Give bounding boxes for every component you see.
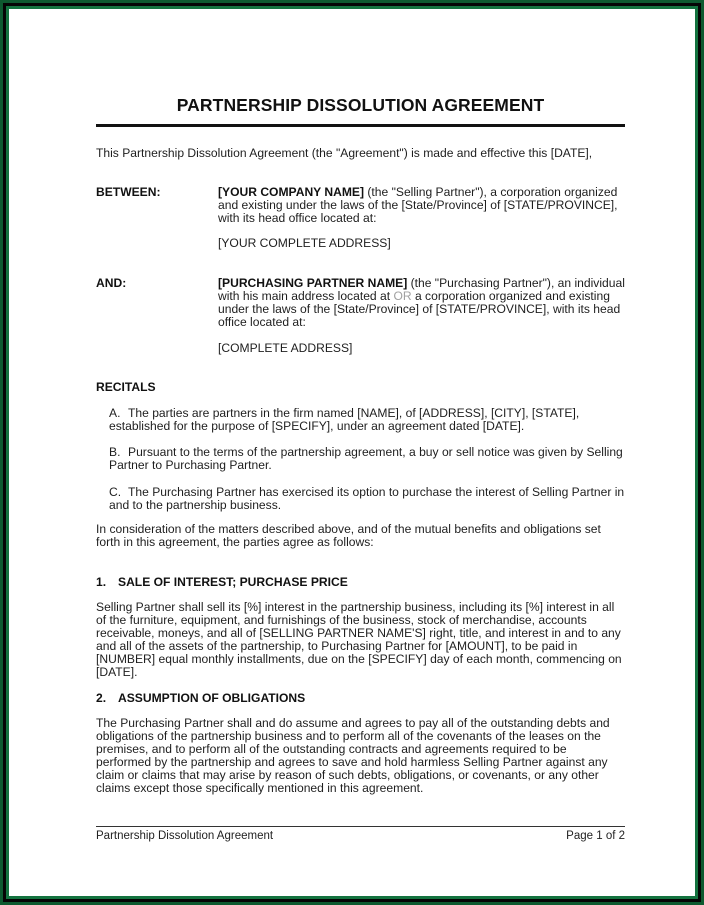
section-body: The Purchasing Partner shall and do assu…	[96, 717, 625, 795]
and-label: AND:	[96, 277, 126, 290]
document-page: PARTNERSHIP DISSOLUTION AGREEMENT This P…	[9, 9, 695, 896]
purchasing-partner-block: [PURCHASING PARTNER NAME] (the "Purchasi…	[218, 277, 626, 329]
recitals-heading: RECITALS	[96, 381, 156, 394]
between-label: BETWEEN:	[96, 186, 161, 199]
section-title: SALE OF INTEREST; PURCHASE PRICE	[118, 575, 348, 589]
title-underline	[96, 124, 625, 127]
recital-text: The parties are partners in the firm nam…	[109, 406, 579, 433]
or-placeholder: OR	[393, 289, 411, 303]
recital-text: Pursuant to the terms of the partnership…	[109, 445, 623, 472]
section-body: Selling Partner shall sell its [%] inter…	[96, 601, 625, 679]
selling-partner-block: [YOUR COMPANY NAME] (the "Selling Partne…	[218, 186, 626, 225]
footer-document-name: Partnership Dissolution Agreement	[96, 830, 273, 842]
recital-item: B.Pursuant to the terms of the partnersh…	[109, 446, 629, 472]
consideration-paragraph: In consideration of the matters describe…	[96, 523, 625, 549]
document-title: PARTNERSHIP DISSOLUTION AGREEMENT	[96, 95, 625, 116]
intro-paragraph: This Partnership Dissolution Agreement (…	[96, 147, 625, 160]
purchasing-partner-name: [PURCHASING PARTNER NAME]	[218, 276, 407, 290]
footer-page-number: Page 1 of 2	[566, 830, 625, 842]
purchasing-partner-address: [COMPLETE ADDRESS]	[218, 342, 626, 355]
recital-item: A.The parties are partners in the firm n…	[109, 407, 629, 433]
section-number: 1.	[96, 576, 118, 589]
section-number: 2.	[96, 692, 118, 705]
recital-text: The Purchasing Partner has exercised its…	[109, 485, 624, 512]
section-heading: 1.SALE OF INTEREST; PURCHASE PRICE	[96, 576, 348, 589]
selling-partner-address: [YOUR COMPLETE ADDRESS]	[218, 237, 626, 250]
footer-divider	[96, 826, 625, 827]
section-title: ASSUMPTION OF OBLIGATIONS	[118, 691, 305, 705]
section-heading: 2.ASSUMPTION OF OBLIGATIONS	[96, 692, 305, 705]
recital-item: C.The Purchasing Partner has exercised i…	[109, 486, 629, 512]
selling-partner-name: [YOUR COMPANY NAME]	[218, 185, 364, 199]
